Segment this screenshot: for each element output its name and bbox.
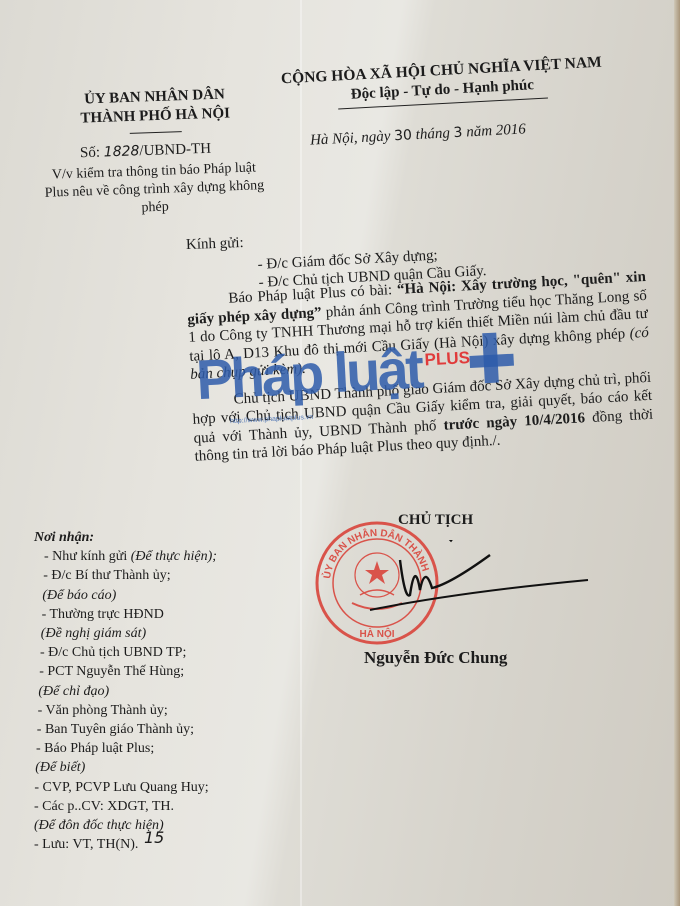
recipient-text: - Văn phòng Thành ủy; [38,703,168,718]
recipient-text: - Đ/c Chủ tịch UBND TP; [40,645,186,660]
recipient-item: - Các p..CV: XDGT, TH. [34,797,217,816]
recipients-title: Nơi nhận: [34,528,217,547]
recipient-text: - PCT Nguyễn Thế Hùng; [39,664,184,679]
recipient-note: (Để biết) [35,760,85,775]
recipient-text: - Thường trực HĐND [42,607,164,622]
recipient-item: (Để báo cáo) [42,586,217,605]
recipient-item: - Đ/c Bí thư Thành ủy; [43,566,217,585]
date-month-label: tháng [412,125,454,143]
svg-text:HÀ NỘI: HÀ NỘI [360,627,395,640]
recipient-text: - Các p..CV: XDGT, TH. [34,799,174,814]
recipient-note: (Để báo cáo) [42,588,116,603]
recipient-item: - Đ/c Chủ tịch UBND TP; [40,643,217,662]
recipient-note: (Để chỉ đạo) [38,684,109,699]
document-subject: V/v kiểm tra thông tin báo Pháp luật Plu… [41,159,268,221]
watermark-plus: PLUS [424,348,470,370]
recipient-item: - CVP, PCVP Lưu Quang Huy; [34,778,217,797]
date-day: 30 [394,127,413,144]
recipients-block: Nơi nhận: - Như kính gửi (Để thực hiện);… [34,528,217,854]
recipient-text: - CVP, PCVP Lưu Quang Huy; [34,780,208,795]
recipient-item: - Lưu: VT, TH(N). [34,835,217,854]
recipient-item: - Văn phòng Thành ủy; [38,701,217,720]
recipient-text: - Như kính gửi [44,549,131,564]
plus-cross-icon [471,332,516,384]
issuer-header: ỦY BAN NHÂN DÂN THÀNH PHỐ HÀ NỘI [59,85,250,137]
recipient-text: - Ban Tuyên giáo Thành ủy; [37,722,194,737]
national-header: CỘNG HÒA XÃ HỘI CHỦ NGHĨA VIỆT NAM Độc l… [261,53,623,114]
recipient-item: (Để đôn đốc thực hiện) [34,816,217,835]
recipient-text: - Lưu: VT, TH(N). [34,837,138,852]
issuer-rule [130,131,182,134]
handwritten-copies-count: 15 [144,828,164,847]
doc-no-handwritten: 1828 [103,143,139,160]
recipient-item: - PCT Nguyễn Thế Hùng; [39,662,217,681]
paper-edge [674,0,680,906]
recipient-item: - Ban Tuyên giáo Thành ủy; [37,720,217,739]
addressee-label: Kính gửi: [186,235,244,254]
recipient-text: - Báo Pháp luật Plus; [36,741,154,756]
date-prefix: Hà Nội, ngày [310,128,395,148]
document-page: ỦY BAN NHÂN DÂN THÀNH PHỐ HÀ NỘI Số: 182… [0,0,680,906]
recipient-item: - Thường trực HĐND [42,605,217,624]
recipient-text: - Đ/c Bí thư Thành ủy; [43,568,170,583]
document-number: Số: 1828/UBND-TH [80,141,212,163]
document-date: Hà Nội, ngày 30 tháng 3 năm 2016 [310,121,527,149]
signer-name: Nguyễn Đức Chung [364,648,507,668]
recipient-note: (Để thực hiện); [131,549,217,564]
signature-scribble [360,540,590,620]
recipient-item: (Để biết) [35,758,217,777]
recipient-item: (Để chỉ đạo) [38,682,217,701]
recipient-item: - Báo Pháp luật Plus; [36,739,217,758]
recipient-item: (Đề nghị giám sát) [41,624,217,643]
date-year: năm 2016 [462,121,526,140]
watermark-brand: Pháp luật [195,341,423,409]
recipient-item: - Như kính gửi (Để thực hiện); [44,547,217,566]
doc-no-prefix: Số: [80,144,104,161]
doc-no-suffix: /UBND-TH [139,141,211,159]
recipients-list: - Như kính gửi (Để thực hiện);- Đ/c Bí t… [34,547,217,854]
recipient-note: (Đề nghị giám sát) [41,626,146,641]
